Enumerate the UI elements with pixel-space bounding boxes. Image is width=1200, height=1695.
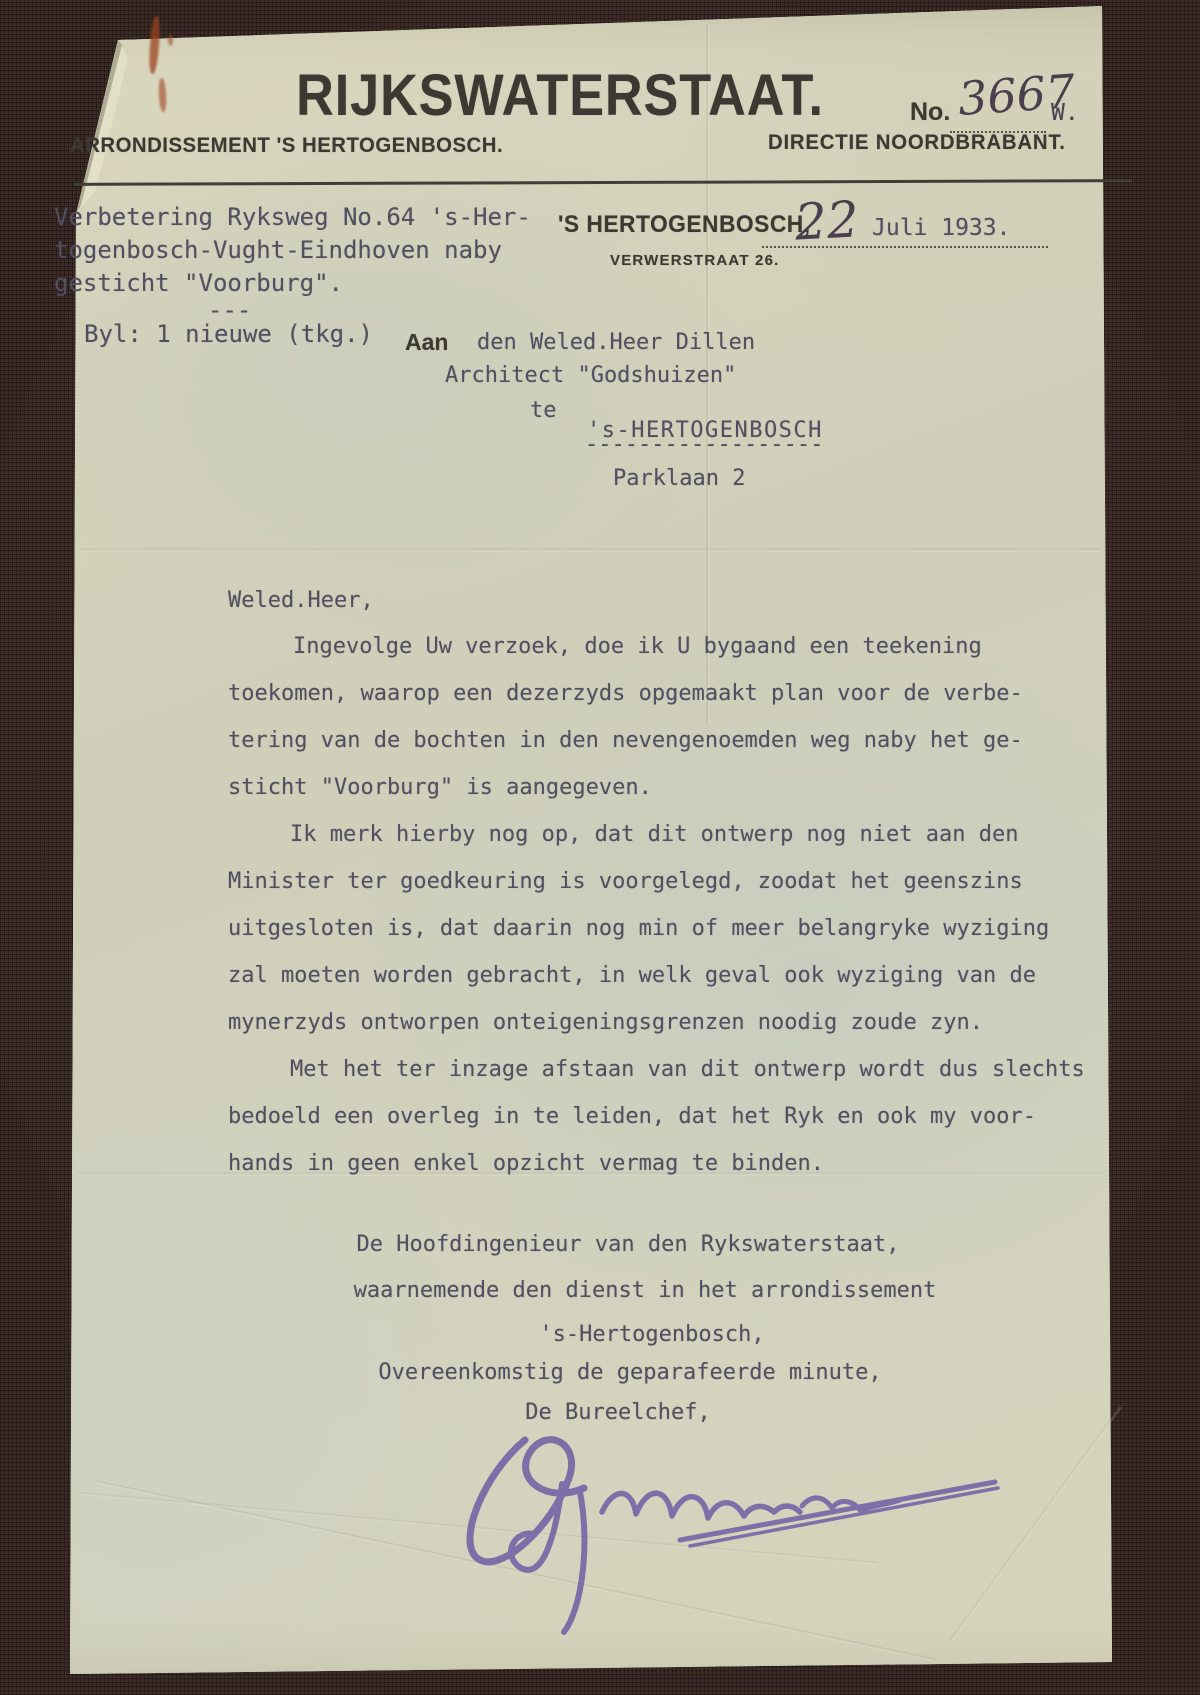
subject-line: togenbosch-Vught-Eindhoven naby: [54, 236, 502, 264]
signature-handwritten: [430, 1418, 1030, 1650]
salutation: Weled.Heer,: [228, 588, 374, 613]
closing-line: 's-Hertogenbosch,: [539, 1322, 764, 1347]
recipient-te: te: [530, 398, 557, 423]
recipient-street: Parklaan 2: [613, 466, 745, 491]
subject-line: Verbetering Ryksweg No.64 's-Her-: [54, 203, 531, 231]
recipient-name: den Weled.Heer Dillen: [477, 330, 755, 355]
recipient-aan-label: Aan: [405, 329, 448, 356]
body-line: bedoeld een overleg in te leiden, dat he…: [228, 1104, 1036, 1129]
number-suffix: W.: [1051, 100, 1079, 126]
body-line: Ik merk hierby nog op, dat dit ontwerp n…: [290, 822, 1018, 847]
body-line: toekomen, waarop een dezerzyds opgemaakt…: [228, 681, 1023, 706]
body-line: Ingevolge Uw verzoek, doe ik U bygaand e…: [293, 634, 982, 659]
letterhead-rule: [74, 179, 1132, 186]
closing-line: De Hoofdingenieur van den Rykswaterstaat…: [356, 1232, 899, 1257]
recipient-city-underline: ------------------: [585, 432, 823, 457]
body-line: tering van de bochten in den nevengenoem…: [228, 728, 1023, 753]
body-line: sticht "Voorburg" is aangegeven.: [228, 775, 652, 800]
number-label: No.: [910, 98, 950, 127]
dateline-street: VERWERSTRAAT 26.: [610, 252, 780, 269]
body-line: mynerzyds ontworpen onteigeningsgrenzen …: [228, 1010, 983, 1035]
body-line: hands in geen enkel opzicht vermag te bi…: [228, 1151, 824, 1176]
body-line: zal moeten worden gebracht, in welk geva…: [228, 963, 1036, 988]
letter-content: RIJKSWATERSTAAT. No. 3667 W. ARRONDISSEM…: [0, 0, 1200, 1695]
letter-page: RIJKSWATERSTAAT. No. 3667 W. ARRONDISSEM…: [0, 0, 1200, 1695]
closing-line: Overeenkomstig de geparafeerde minute,: [378, 1360, 881, 1385]
body-line: Minister ter goedkeuring is voorgelegd, …: [228, 869, 1023, 894]
body-line: Met het ter inzage afstaan van dit ontwe…: [290, 1057, 1085, 1082]
dateline-day-handwritten: 22: [794, 190, 861, 251]
directie-label: DIRECTIE NOORDBRABANT.: [768, 131, 1066, 155]
agency-title: RIJKSWATERSTAAT.: [296, 62, 824, 129]
recipient-title: Architect "Godshuizen": [445, 363, 736, 388]
dateline-dotted-line: [762, 246, 1048, 248]
dateline-city: 'S HERTOGENBOSCH,: [558, 211, 811, 239]
body-line: uitgesloten is, dat daarin nog min of me…: [228, 916, 1049, 941]
subject-line: gesticht "Voorburg".: [54, 269, 343, 297]
dateline-date: Juli 1933.: [872, 215, 1010, 241]
closing-line: waarnemende den dienst in het arrondisse…: [354, 1278, 937, 1303]
enclosure-note: Byl: 1 nieuwe (tkg.): [84, 320, 373, 348]
arrondissement-label: ARRONDISSEMENT 'S HERTOGENBOSCH.: [70, 134, 503, 158]
